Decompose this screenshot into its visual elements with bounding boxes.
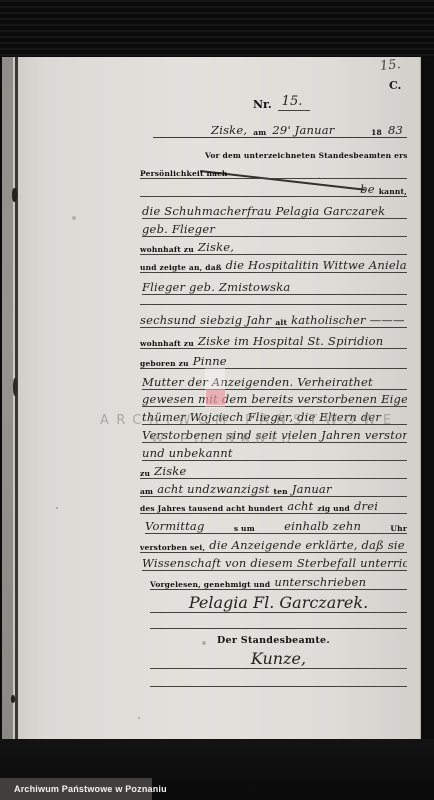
printed-form-text: zu xyxy=(140,469,150,478)
form-line-11: geboren zuPinne xyxy=(140,353,407,369)
form-line-12: Mutter der Anzeigenden. Verheirathet xyxy=(142,374,407,390)
handwritten-text: die Anzeigende erklärte, daß sie aus eig… xyxy=(209,538,407,552)
gutter-ink-blob xyxy=(11,695,15,703)
printed-form-text: Uhr xyxy=(390,524,407,533)
form-line-17: zuZiske xyxy=(140,463,407,479)
record-number: Nr. 15. xyxy=(253,94,310,111)
handwritten-text: unterschrieben xyxy=(274,575,366,589)
printed-form-text: am xyxy=(140,487,153,496)
form-line-21: verstorben sei,die Anzeigende erklärte, … xyxy=(140,537,407,553)
printed-form-text: s um xyxy=(234,524,255,533)
form-line-20: Vormittags umeinhalb zehnUhr xyxy=(145,518,407,534)
form-line-18: amacht undzwanzigsttenJanuar xyxy=(140,481,407,497)
handwritten-text: und unbekannt xyxy=(142,446,233,460)
handwritten-text: Mutter der Anzeigenden. Verheirathet xyxy=(142,375,373,389)
form-line-26: Der Standesbeamte. xyxy=(140,632,407,646)
handwritten-text: acht undzwanzigst xyxy=(157,482,269,496)
form-line-13: gewesen mit dem bereits verstorbenen Eig… xyxy=(142,391,407,407)
handwritten-text: Vormittag xyxy=(145,519,205,533)
gutter-ink-blob xyxy=(12,188,17,202)
scan-black-band-top xyxy=(0,0,434,58)
scan-speckles xyxy=(18,57,20,59)
archive-watermark-line2: W POZNANIU xyxy=(151,432,297,447)
dateline-year: 83 xyxy=(388,123,407,137)
form-line-27: Kunze, xyxy=(150,648,407,669)
handwritten-text: sechsund siebzig Jahr xyxy=(140,313,271,327)
handwritten-text: drei xyxy=(354,499,378,513)
form-line-3: die Schuhmacherfrau Pelagia Garczarek xyxy=(142,203,407,219)
printed-form-text: wohnhaft zu xyxy=(140,339,194,348)
form-line-25 xyxy=(150,616,407,629)
form-line-0: Vor dem unterzeichneten Standesbeamten e… xyxy=(205,146,407,160)
handwritten-text: Pinne xyxy=(193,354,227,368)
archive-watermark-line1: ARCHIWUM PAŃSTWOWE xyxy=(100,413,399,428)
handwritten-text: Ziske im Hospital St. Spiridion xyxy=(198,334,383,348)
search-highlight xyxy=(206,389,225,405)
handwritten-text: einhalb zehn xyxy=(284,519,361,533)
printed-form-text: alt xyxy=(275,318,287,327)
form-line-9: sechsund siebzig Jahraltkatholischer ———… xyxy=(140,312,407,328)
printed-form-text: des Jahres tausend acht hundert xyxy=(140,504,283,513)
form-line-5: wohnhaft zuZiske, xyxy=(140,239,407,255)
record-number-label: Nr. xyxy=(253,98,272,111)
page-letter: C. xyxy=(389,79,401,92)
archive-caption-label: Archiwum Państwowe w Poznaniu xyxy=(0,784,167,794)
handwritten-text: Pelagia Fl. Garczarek. xyxy=(189,593,368,612)
handwritten-text: geb. Flieger xyxy=(142,222,215,236)
form-line-6: und zeigte an, daßdie Hospitalitin Wittw… xyxy=(140,257,407,273)
handwritten-text: Ziske xyxy=(154,464,186,478)
form-line-4: geb. Flieger xyxy=(142,221,407,237)
handwritten-text: katholischer ——— xyxy=(291,313,405,327)
form-line-16: und unbekannt xyxy=(142,445,407,461)
printed-form-text: Vorgelesen, genehmigt und xyxy=(150,580,270,589)
printed-form-text: geboren zu xyxy=(140,359,189,368)
handwritten-text: die Hospitalitin Wittwe Aniela xyxy=(226,258,407,272)
page-edge-shadow xyxy=(419,57,431,740)
form-line-23: Vorgelesen, genehmigt undunterschrieben xyxy=(150,574,407,590)
printed-form-text: und zeigte an, daß xyxy=(140,263,222,272)
handwritten-text: Januar xyxy=(292,482,332,496)
printed-form-text: zig und xyxy=(317,504,350,513)
form-line-19: des Jahres tausend acht hundertachtzig u… xyxy=(140,498,407,514)
form-line-24: Pelagia Fl. Garczarek. xyxy=(150,592,407,613)
book-edge-strip xyxy=(2,57,13,746)
printed-form-text: ten xyxy=(274,487,288,496)
form-line-2: bekannt, xyxy=(140,181,407,197)
gutter-ink-blob xyxy=(13,378,17,396)
form-line-1: Persönlichkeit nach xyxy=(140,163,407,179)
pencil-page-number: 15. xyxy=(379,57,401,74)
form-line-22: Wissenschaft von diesem Sterbefall unter… xyxy=(142,555,407,571)
archival-scan: 15. C. Nr. 15. Ziske, am 29' Januar 18 8… xyxy=(0,0,434,800)
dateline-am-label: am xyxy=(253,128,266,137)
handwritten-text: Wissenschaft von diesem Sterbefall unter… xyxy=(142,556,407,570)
dateline-day: 29' Januar xyxy=(272,123,334,137)
printed-form-text: kannt, xyxy=(379,187,407,196)
book-gutter xyxy=(15,57,18,743)
archive-caption-bar: Archiwum Państwowe w Poznaniu xyxy=(0,778,152,800)
handwritten-text: acht xyxy=(287,499,313,513)
form-line-8 xyxy=(140,292,407,305)
dateline-place: Ziske, xyxy=(211,123,247,137)
form-line-10: wohnhaft zuZiske im Hospital St. Spiridi… xyxy=(140,333,407,349)
handwritten-text: be xyxy=(360,182,375,196)
dateline: Ziske, am 29' Januar 18 83 xyxy=(153,119,407,138)
printed-form-text: Der Standesbeamte. xyxy=(217,635,330,646)
handwritten-text: die Schuhmacherfrau Pelagia Garczarek xyxy=(142,204,385,218)
printed-form-text: Persönlichkeit nach xyxy=(140,169,228,178)
handwritten-text: Ziske, xyxy=(198,240,234,254)
dateline-century: 18 xyxy=(371,128,382,137)
printed-form-text: wohnhaft zu xyxy=(140,245,194,254)
handwritten-text: Kunze, xyxy=(251,649,306,668)
form-line-28 xyxy=(150,674,407,687)
handwritten-text: gewesen mit dem bereits verstorbenen Eig… xyxy=(142,392,407,406)
record-number-value: 15. xyxy=(278,94,311,111)
printed-form-text: Vor dem unterzeichneten Standesbeamten e… xyxy=(205,151,407,160)
printed-form-text: verstorben sei, xyxy=(140,543,205,552)
